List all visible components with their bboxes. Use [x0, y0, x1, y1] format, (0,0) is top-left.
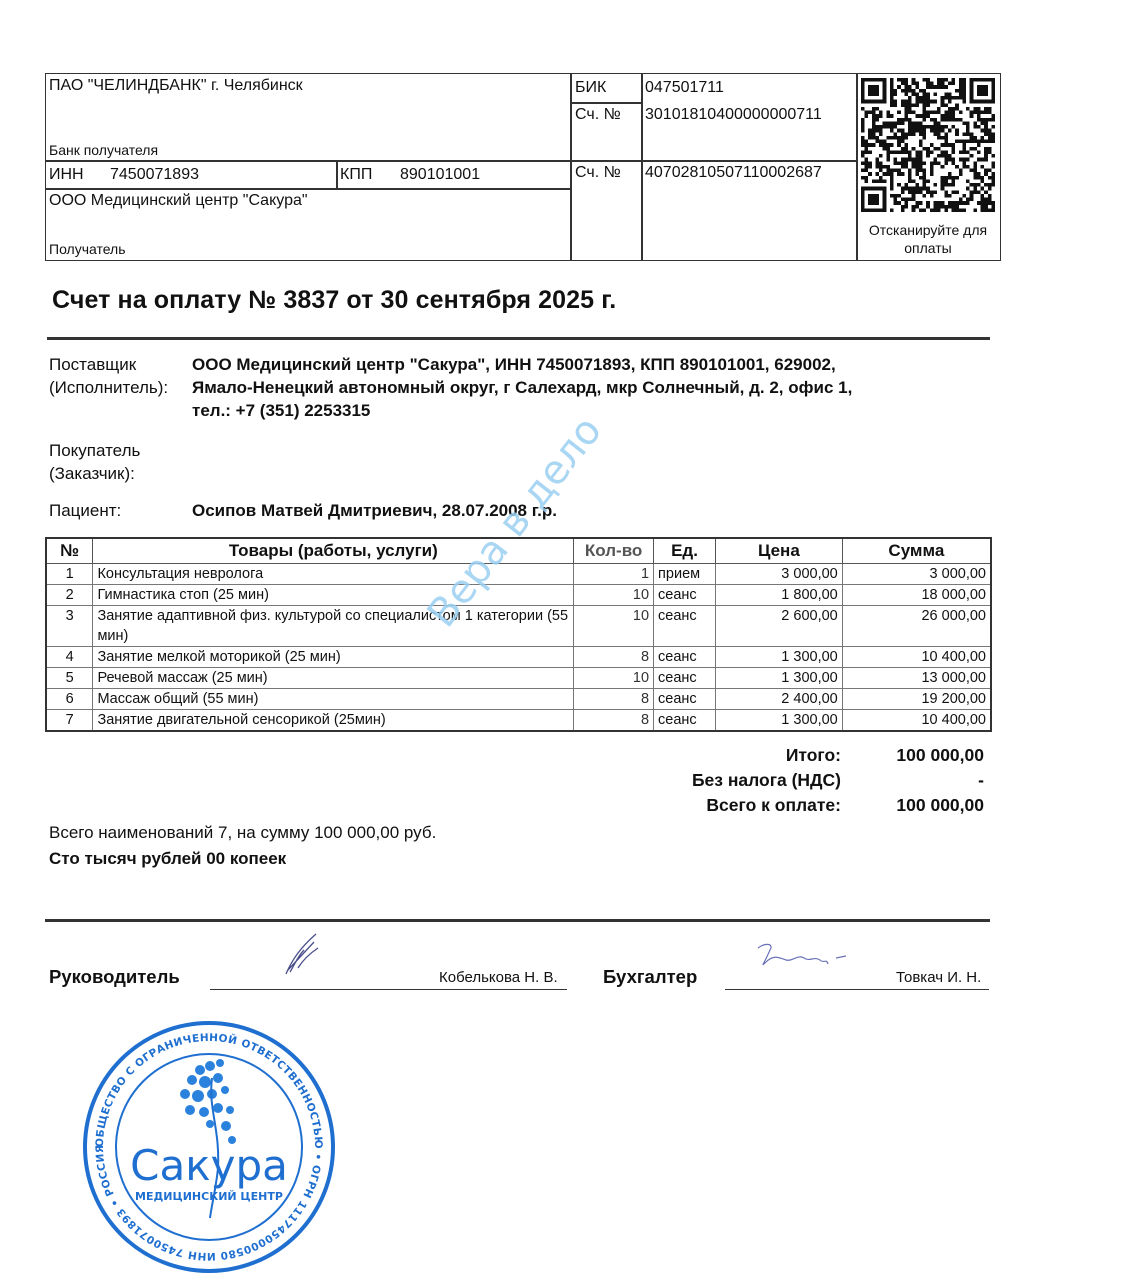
director-sign-line	[210, 989, 567, 990]
totals-labels: Итого: Без налога (НДС) Всего к оплате:	[692, 743, 841, 818]
table-row: 3Занятие адаптивной физ. культурой со сп…	[46, 606, 991, 647]
bik-value: 047501711	[645, 79, 724, 97]
account-value: 40702810507110002687	[645, 164, 822, 182]
table-row: 6Массаж общий (55 мин)8сеанс2 400,0019 2…	[46, 689, 991, 710]
table-row: 4Занятие мелкой моторикой (25 мин)8сеанс…	[46, 647, 991, 668]
corr-account-label: Сч. №	[575, 106, 621, 124]
row-price: 1 300,00	[716, 668, 843, 689]
row-qty: 1	[574, 564, 654, 585]
row-qty: 8	[574, 710, 654, 732]
row-unit: сеанс	[654, 668, 716, 689]
title-divider	[47, 337, 990, 340]
row-name: Занятие адаптивной физ. культурой со спе…	[93, 606, 574, 647]
bank-requisites: ПАО "ЧЕЛИНДБАНК" г. Челябинск Банк получ…	[45, 73, 1001, 261]
row-price: 2 400,00	[716, 689, 843, 710]
row-number: 3	[46, 606, 93, 647]
inn-value: 7450071893	[110, 166, 199, 184]
row-qty: 10	[574, 585, 654, 606]
row-number: 7	[46, 710, 93, 732]
row-qty: 8	[574, 647, 654, 668]
table-row: 2Гимнастика стоп (25 мин)10сеанс1 800,00…	[46, 585, 991, 606]
director-label: Руководитель	[49, 966, 180, 988]
totals-values: 100 000,00 - 100 000,00	[896, 743, 984, 818]
header-number: №	[46, 538, 93, 564]
row-sum: 13 000,00	[842, 668, 991, 689]
row-number: 5	[46, 668, 93, 689]
bik-label: БИК	[575, 79, 606, 97]
header-qty: Кол-во	[574, 538, 654, 564]
table-row: 1Консультация невролога1прием3 000,003 0…	[46, 564, 991, 585]
due-label: Всего к оплате:	[692, 793, 841, 818]
items-count-line: Всего наименований 7, на сумму 100 000,0…	[49, 820, 436, 846]
items-table: № Товары (работы, услуги) Кол-во Ед. Цен…	[45, 537, 992, 732]
row-sum: 10 400,00	[842, 710, 991, 732]
director-name: Кобелькова Н. В.	[439, 969, 558, 986]
bank-label: Банк получателя	[49, 142, 158, 158]
header-name: Товары (работы, услуги)	[93, 538, 574, 564]
row-sum: 19 200,00	[842, 689, 991, 710]
qr-code-icon[interactable]	[860, 78, 996, 212]
total-label: Итого:	[692, 743, 841, 768]
total-value: 100 000,00	[896, 743, 984, 768]
row-sum: 26 000,00	[842, 606, 991, 647]
company-stamp-icon: ОБЩЕСТВО С ОГРАНИЧЕННОЙ ОТВЕТСТВЕННОСТЬЮ…	[80, 1018, 338, 1276]
inn-label: ИНН	[49, 166, 84, 184]
accountant-label: Бухгалтер	[603, 966, 697, 988]
recipient-name: ООО Медицинский центр "Сакура"	[49, 192, 308, 210]
table-row: 7Занятие двигательной сенсорикой (25мин)…	[46, 710, 991, 732]
row-price: 3 000,00	[716, 564, 843, 585]
row-qty: 10	[574, 668, 654, 689]
row-unit: сеанс	[654, 606, 716, 647]
row-name: Занятие двигательной сенсорикой (25мин)	[93, 710, 574, 732]
vat-label: Без налога (НДС)	[692, 768, 841, 793]
row-price: 1 300,00	[716, 647, 843, 668]
header-unit: Ед.	[654, 538, 716, 564]
qr-caption: Отсканируйте для оплаты	[858, 221, 998, 257]
header-price: Цена	[716, 538, 843, 564]
accountant-name: Товкач И. Н.	[896, 969, 981, 986]
row-unit: сеанс	[654, 710, 716, 732]
account-label: Сч. №	[575, 164, 621, 182]
signature-divider	[45, 919, 990, 922]
kpp-label: КПП	[340, 166, 372, 184]
row-qty: 10	[574, 606, 654, 647]
invoice-title: Счет на оплату № 3837 от 30 сентября 202…	[52, 286, 616, 315]
row-name: Гимнастика стоп (25 мин)	[93, 585, 574, 606]
row-price: 1 800,00	[716, 585, 843, 606]
row-number: 4	[46, 647, 93, 668]
amount-in-words: Сто тысяч рублей 00 копеек	[49, 846, 436, 872]
recipient-label: Получатель	[49, 241, 126, 257]
row-number: 6	[46, 689, 93, 710]
row-qty: 8	[574, 689, 654, 710]
row-unit: сеанс	[654, 647, 716, 668]
due-value: 100 000,00	[896, 793, 984, 818]
patient-label: Пациент:	[49, 499, 121, 522]
row-sum: 10 400,00	[842, 647, 991, 668]
row-name: Занятие мелкой моторикой (25 мин)	[93, 647, 574, 668]
row-name: Массаж общий (55 мин)	[93, 689, 574, 710]
row-unit: сеанс	[654, 689, 716, 710]
table-header: № Товары (работы, услуги) Кол-во Ед. Цен…	[46, 538, 991, 564]
table-row: 5Речевой массаж (25 мин)10сеанс1 300,001…	[46, 668, 991, 689]
header-sum: Сумма	[842, 538, 991, 564]
row-sum: 3 000,00	[842, 564, 991, 585]
summary: Всего наименований 7, на сумму 100 000,0…	[49, 820, 436, 872]
row-price: 1 300,00	[716, 710, 843, 732]
vat-value: -	[896, 768, 984, 793]
row-name: Речевой массаж (25 мин)	[93, 668, 574, 689]
kpp-value: 890101001	[400, 166, 480, 184]
corr-account-value: 30101810400000000711	[645, 106, 822, 124]
accountant-sign-line	[725, 989, 989, 990]
row-name: Консультация невролога	[93, 564, 574, 585]
row-sum: 18 000,00	[842, 585, 991, 606]
row-price: 2 600,00	[716, 606, 843, 647]
row-unit: сеанс	[654, 585, 716, 606]
director-signature-icon	[278, 930, 328, 980]
row-number: 1	[46, 564, 93, 585]
buyer-label: Покупатель (Заказчик):	[49, 439, 140, 485]
svg-text:Сакура: Сакура	[130, 1141, 288, 1190]
supplier-label: Поставщик (Исполнитель):	[49, 353, 168, 399]
row-number: 2	[46, 585, 93, 606]
bank-name: ПАО "ЧЕЛИНДБАНК" г. Челябинск	[49, 77, 303, 95]
accountant-signature-icon	[752, 940, 852, 974]
svg-text:МЕДИЦИНСКИЙ ЦЕНТР: МЕДИЦИНСКИЙ ЦЕНТР	[135, 1190, 283, 1203]
supplier-value: ООО Медицинский центр "Сакура", ИНН 7450…	[192, 353, 982, 422]
patient-value: Осипов Матвей Дмитриевич, 28.07.2008 г.р…	[192, 499, 982, 522]
row-unit: прием	[654, 564, 716, 585]
